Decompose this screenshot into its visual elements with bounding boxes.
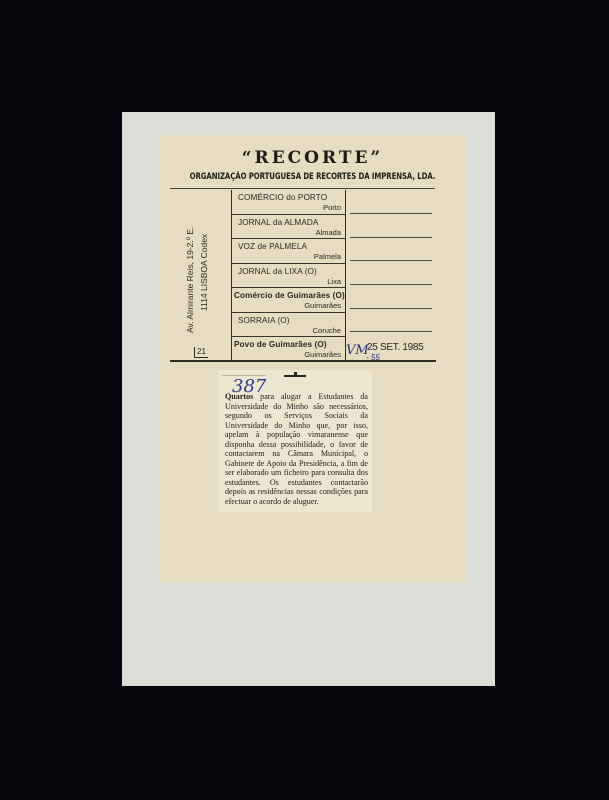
publication-city: Porto	[323, 203, 341, 212]
address-line-2: 1114 LISBOA Codex	[199, 234, 209, 311]
article-body: para alugar a Estudantes da Universidade…	[225, 392, 368, 506]
publication-city: Almada	[316, 228, 341, 237]
clipping-rule	[284, 375, 306, 377]
column-rule	[350, 213, 432, 214]
publication-city: Lixa	[327, 277, 341, 286]
publication-row: JORNAL da LIXA (O) Lixa	[232, 264, 345, 289]
handwritten-note: - 55	[366, 353, 380, 362]
publication-row-selected: Povo de Guimarães (O) Guimarães	[232, 337, 345, 361]
publication-name: Povo de Guimarães (O)	[234, 340, 327, 349]
publication-city: Palmela	[314, 252, 341, 261]
publication-name: JORNAL da LIXA (O)	[238, 267, 317, 276]
header-divider	[170, 188, 435, 189]
column-rule	[350, 308, 432, 309]
article-lead: Quartos	[225, 392, 253, 401]
page-number: 21	[194, 347, 208, 358]
column-rule	[350, 260, 432, 261]
publication-city: Guimarães	[304, 350, 341, 359]
masthead-subtitle: ORGANIZAÇÃO PORTUGUESA DE RECORTES DA IM…	[187, 172, 437, 182]
date-stamp: 25 SET. 1985	[367, 342, 423, 353]
column-rule	[350, 331, 432, 332]
publication-city: Coruche	[313, 326, 341, 335]
column-rule	[350, 284, 432, 285]
publication-name: SORRAIA (O)	[238, 316, 290, 325]
masthead-title: “RECORTE”	[160, 148, 465, 168]
table-bottom-rule	[170, 360, 436, 362]
publication-table: COMÉRCIO do PORTO Porto JORNAL da ALMADA…	[231, 190, 346, 361]
publication-name: VOZ de PALMELA	[238, 242, 307, 251]
newspaper-clipping: 387 Quartos para alugar a Estudantes da …	[218, 370, 372, 512]
publication-name: Comércio de Guimarães (O)	[234, 291, 345, 300]
publication-row: Comércio de Guimarães (O) Guimarães	[232, 288, 345, 313]
agency-address: Av. Almirante Reis, 19-2.º E. 1114 LISBO…	[183, 205, 213, 335]
publication-name: JORNAL da ALMADA	[238, 218, 318, 227]
publication-row: SORRAIA (O) Coruche	[232, 313, 345, 338]
address-line-1: Av. Almirante Reis, 19-2.º E.	[185, 227, 195, 333]
publication-city: Guimarães	[304, 301, 341, 310]
column-rule	[350, 237, 432, 238]
publication-name: COMÉRCIO do PORTO	[238, 193, 327, 202]
publication-row: VOZ de PALMELA Palmela	[232, 239, 345, 264]
publication-row: COMÉRCIO do PORTO Porto	[232, 190, 345, 215]
publication-row: JORNAL da ALMADA Almada	[232, 215, 345, 240]
clipping-article: Quartos para alugar a Estudantes da Univ…	[225, 392, 368, 507]
